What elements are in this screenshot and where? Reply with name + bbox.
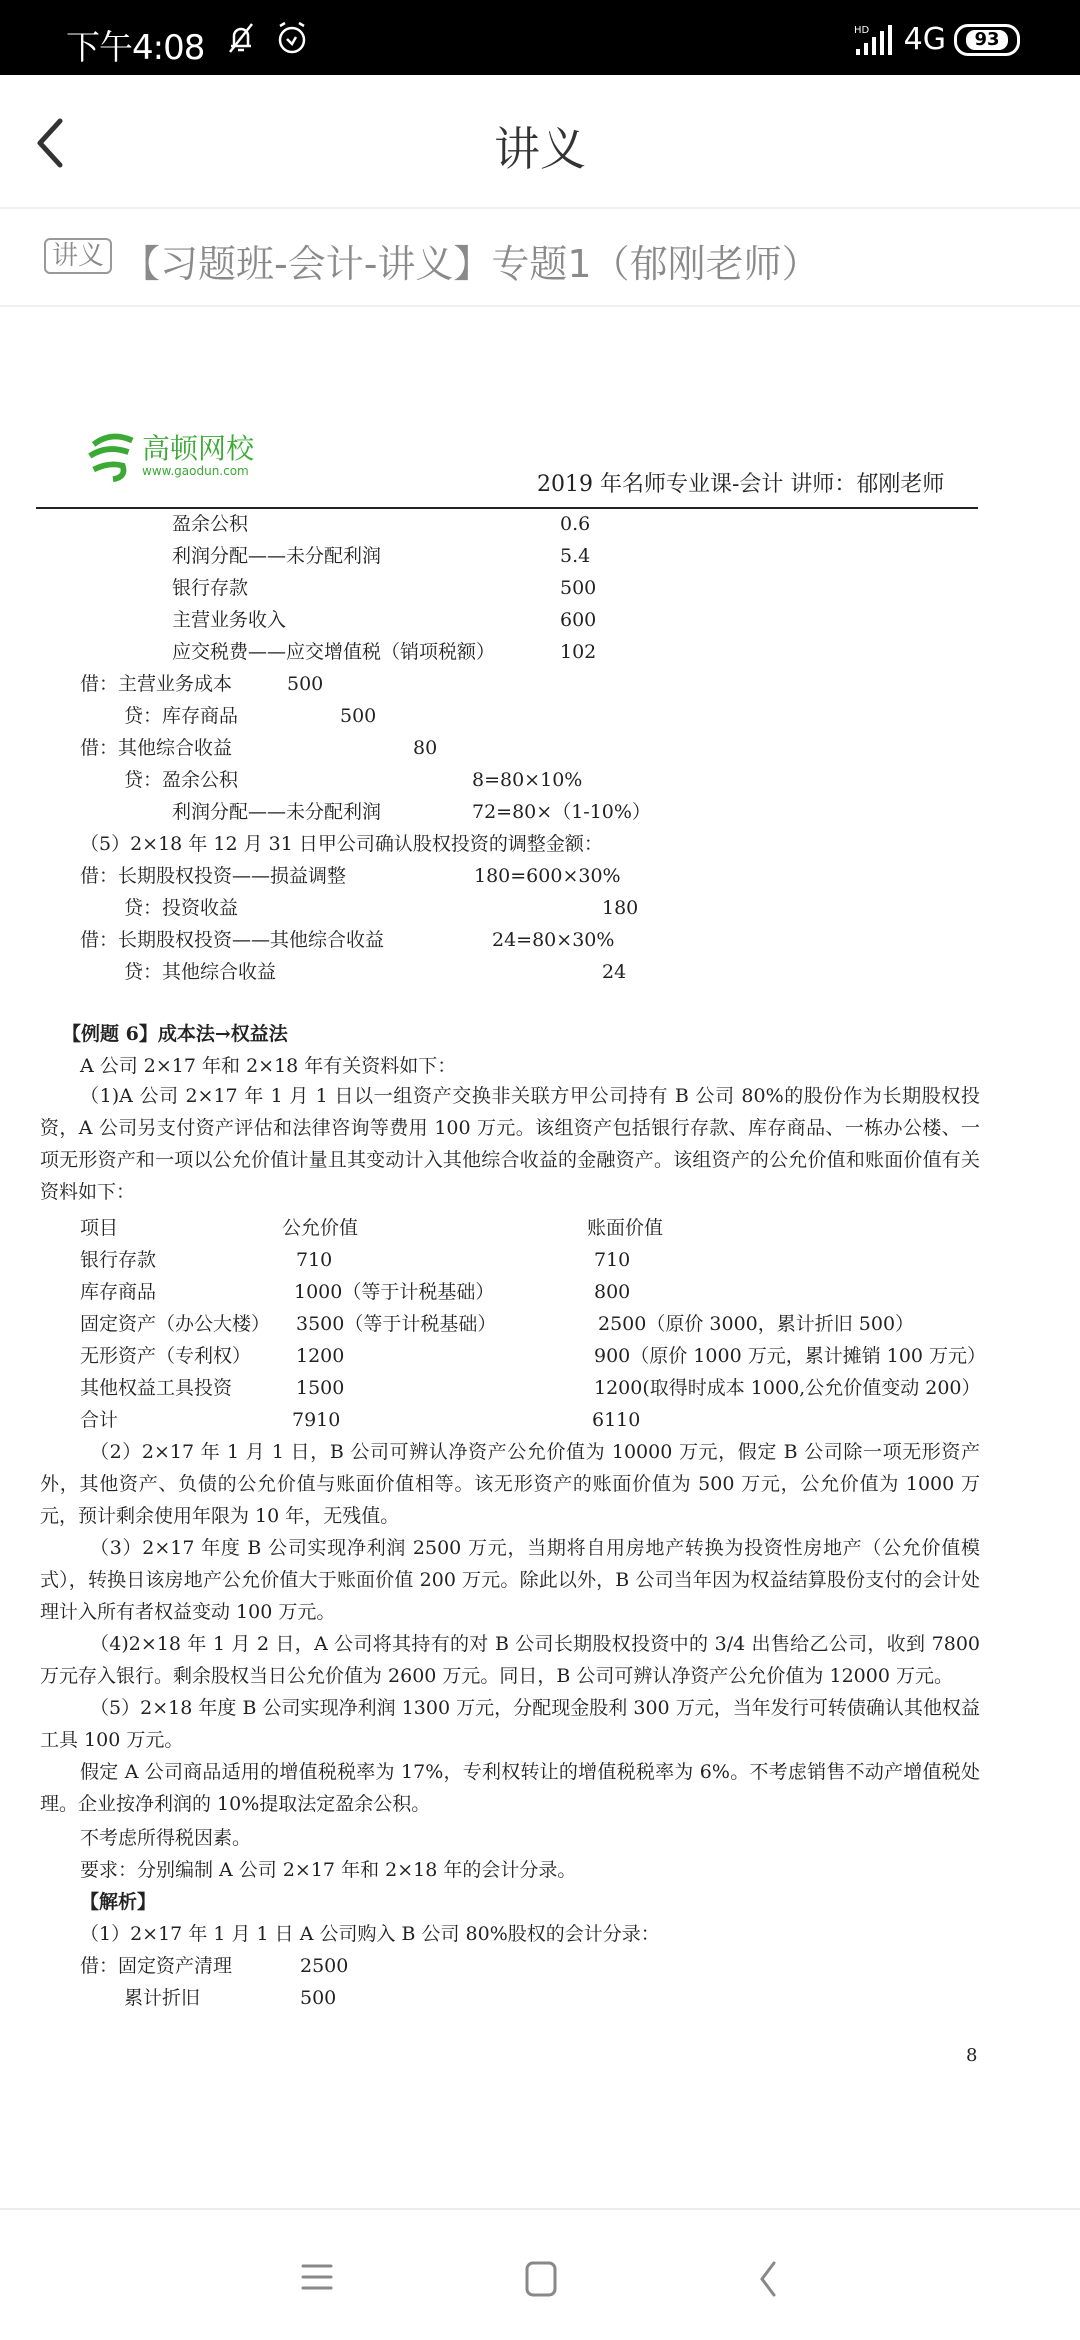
entry-text: 应交税费——应交增值税（销项税额） [172,640,495,664]
table-cell: 800 [594,1280,630,1304]
entry-text: 贷：库存商品 [124,704,238,728]
network-type: 4G [904,22,946,57]
battery-level: 93 [966,30,1007,50]
entry-text: 贷：投资收益 [124,896,238,920]
entry-text: 贷：其他综合收益 [124,960,276,984]
entry-amount: 500 [287,672,323,696]
entry-amount: 500 [340,704,376,728]
intro-text: A 公司 2×17 年和 2×18 年有关资料如下： [80,1054,456,1078]
document-title-bar: 讲义 【习题班-会计-讲义】专题1（郁刚老师） [0,209,1080,307]
table-cell: 银行存款 [80,1248,156,1272]
paragraph-8: 要求：分别编制 A 公司 2×17 年和 2×18 年的会计分录。 [80,1858,576,1882]
paragraph-2: （2）2×17 年 1 月 1 日，B 公司可辨认净资产公允价值为 10000 … [40,1436,980,1532]
entry-amount: 72=80×（1-10%） [472,800,651,824]
status-bar: 下午4:08 HD 4G 93 [0,0,1080,75]
gaodun-logo: 高顿网校 www.gaodun.com [84,427,254,485]
home-icon[interactable] [524,2260,558,2298]
page-title: 讲义 [0,113,1080,179]
doc-header: 2019 年名师专业课-会计 讲师：郁刚老师 [537,467,944,498]
table-cell: 2500（原价 3000，累计折旧 500） [598,1312,914,1336]
entry-text: 累计折旧 [124,1986,200,2010]
logo-name: 高顿网校 [142,434,254,464]
entry-amount: 24=80×30% [492,928,614,952]
table-cell: 710 [296,1248,332,1272]
entry-text: 借：主营业务成本 [80,672,232,696]
analysis-1: （1）2×17 年 1 月 1 日 A 公司购入 B 公司 80%股权的会计分录… [80,1922,660,1946]
back-icon[interactable] [756,2260,780,2298]
entry-text: 借：长期股权投资——损益调整 [80,864,346,888]
alarm-icon [275,20,309,56]
bell-muted-icon [226,20,256,56]
paragraph-1: （1)A 公司 2×17 年 1 月 1 日以一组资产交换非关联方甲公司持有 B… [40,1080,980,1208]
signal-icon: HD [854,23,896,57]
entry-amount: 600 [560,608,596,632]
header-rule [36,507,978,509]
section-heading: （5）2×18 年 12 月 31 日甲公司确认股权投资的调整金额： [80,832,603,856]
entry-amount: 102 [560,640,596,664]
entry-text: 盈余公积 [172,512,248,536]
table-cell: 1200(取得时成本 1000,公允价值变动 200） [594,1376,981,1400]
system-nav-bar [0,2208,1080,2340]
entry-amount: 8=80×10% [472,768,582,792]
logo-url: www.gaodun.com [142,464,254,478]
table-cell: 710 [594,1248,630,1272]
entry-amount: 180=600×30% [474,864,621,888]
table-cell: 900（原价 1000 万元，累计摊销 100 万元） [594,1344,986,1368]
table-cell: 3500（等于计税基础） [296,1312,496,1336]
entry-text: 借：长期股权投资——其他综合收益 [80,928,384,952]
top-nav-bar: 讲义 [0,75,1080,209]
entry-amount: 500 [560,576,596,600]
paragraph-6: 假定 A 公司商品适用的增值税税率为 17%，专利权转让的增值税税率为 6%。不… [40,1756,980,1820]
entry-amount: 0.6 [560,512,590,536]
entry-text: 借：固定资产清理 [80,1954,232,1978]
entry-amount: 80 [413,736,437,760]
entry-text: 银行存款 [172,576,248,600]
entry-amount: 500 [300,1986,336,2010]
paragraph-7: 不考虑所得税因素。 [80,1826,251,1850]
entry-text: 主营业务收入 [172,608,286,632]
table-cell: 合计 [80,1408,118,1432]
entry-text: 利润分配——未分配利润 [172,544,381,568]
table-cell: 1200 [296,1344,344,1368]
entry-text: 贷：盈余公积 [124,768,238,792]
document-title: 【习题班-会计-讲义】专题1（郁刚老师） [122,233,820,288]
paragraph-3: （3）2×17 年度 B 公司实现净利润 2500 万元，当期将自用房地产转换为… [40,1532,980,1628]
entry-amount: 24 [602,960,626,984]
status-time: 下午4:08 [66,20,204,69]
table-cell: 库存商品 [80,1280,156,1304]
paragraph-5: （5）2×18 年度 B 公司实现净利润 1300 万元，分配现金股利 300 … [40,1692,980,1756]
logo-swoosh-icon [84,427,142,485]
table-cell: 无形资产（专利权） [80,1344,251,1368]
table-cell: 1000（等于计税基础） [294,1280,494,1304]
menu-icon[interactable] [300,2260,334,2294]
document-page[interactable]: 高顿网校 www.gaodun.com 2019 年名师专业课-会计 讲师：郁刚… [0,307,1080,2207]
example-title: 【例题 6】成本法→权益法 [62,1022,288,1046]
status-right: HD 4G 93 [854,22,1020,57]
svg-text:HD: HD [854,25,870,36]
table-cell: 其他权益工具投资 [80,1376,232,1400]
table-cell: 6110 [592,1408,640,1432]
page-number: 8 [966,2045,977,2066]
paragraph-4: （4)2×18 年 1 月 2 日，A 公司将其持有的对 B 公司长期股权投资中… [40,1628,980,1692]
table-cell: 固定资产（办公大楼） [80,1312,270,1336]
table-cell: 1500 [296,1376,344,1400]
table-header-book: 账面价值 [587,1216,663,1240]
entry-amount: 180 [602,896,638,920]
entry-amount: 5.4 [560,544,590,568]
table-header-fair: 公允价值 [282,1216,358,1240]
entry-amount: 2500 [300,1954,348,1978]
analysis-title: 【解析】 [80,1890,156,1914]
category-tag: 讲义 [44,238,112,274]
table-cell: 7910 [292,1408,340,1432]
entry-text: 借：其他综合收益 [80,736,232,760]
entry-text: 利润分配——未分配利润 [172,800,381,824]
battery-indicator: 93 [954,24,1020,56]
table-header-item: 项目 [80,1216,118,1240]
